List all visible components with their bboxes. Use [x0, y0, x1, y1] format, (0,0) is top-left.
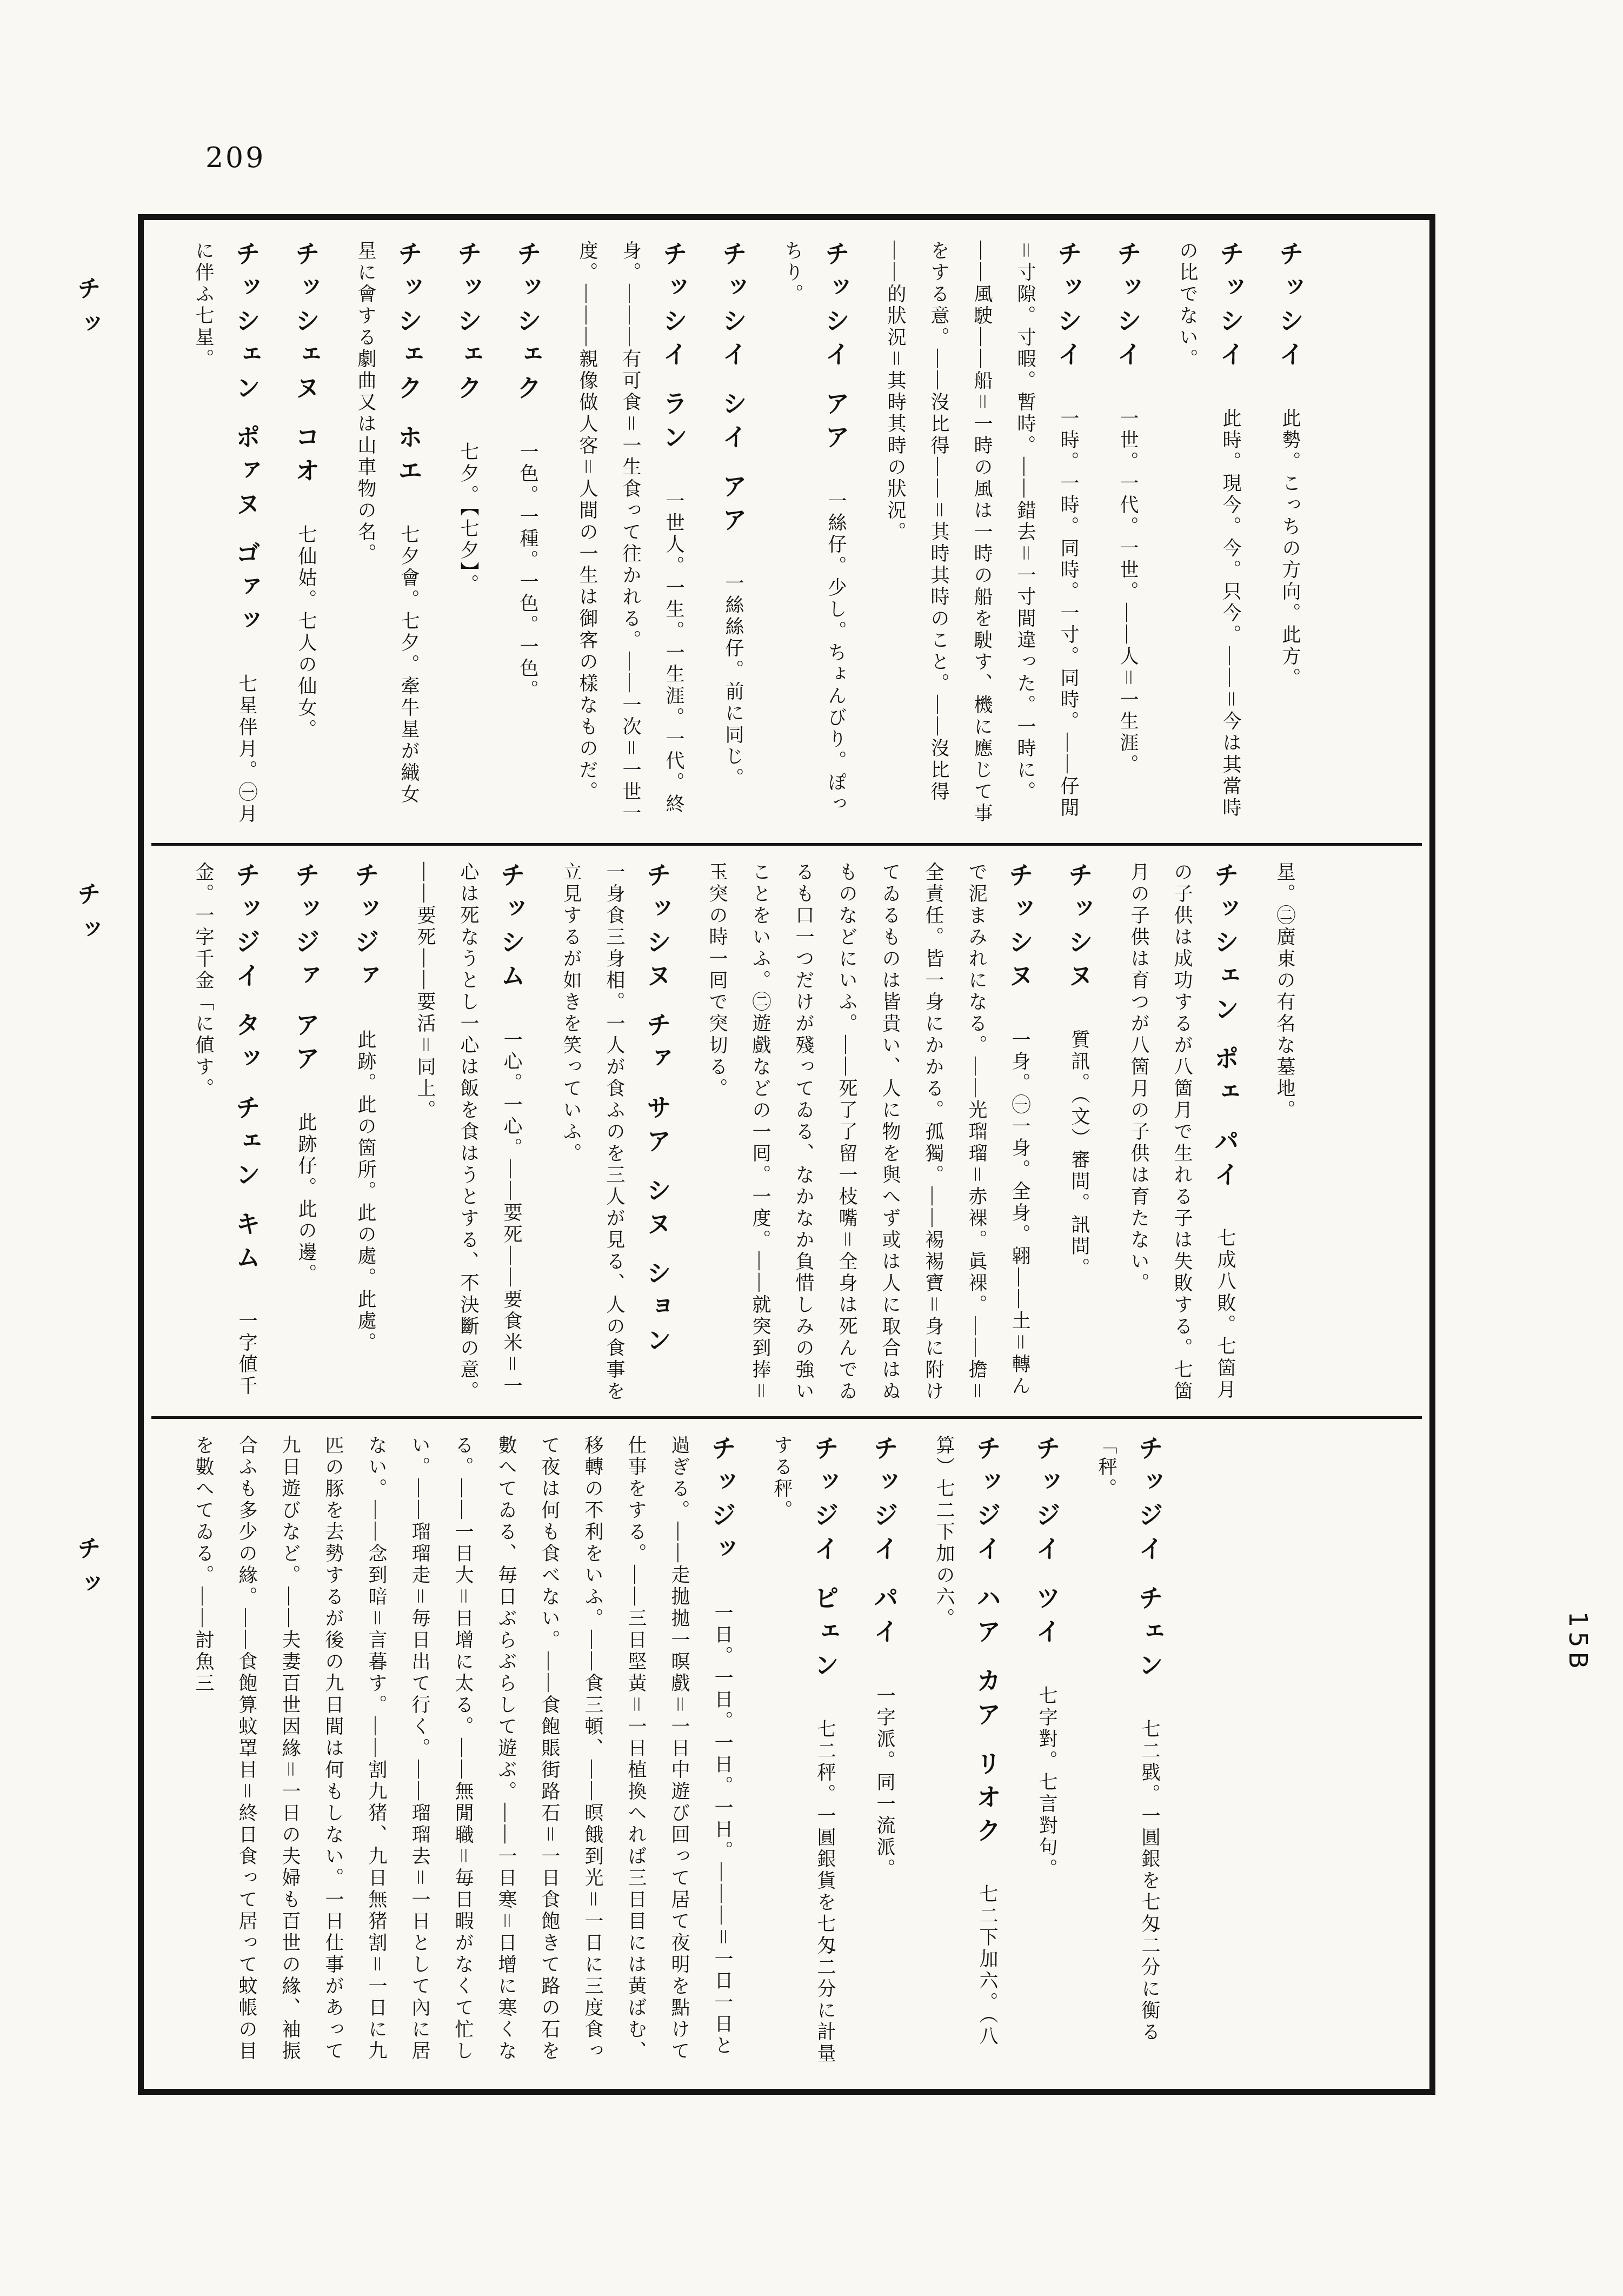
margin-syllable-label: チッ — [69, 881, 104, 953]
dictionary-entry: チッシム 一心。一心。——要死——要食米＝一心は死なうとし一心は飯を食はうとする… — [403, 862, 533, 1403]
vertical-text-area: 星。㊁廣東の有名な墓地。チッシェン ポェ パイ 七成八敗。七箇月の子供は成功する… — [151, 846, 1320, 1417]
dictionary-entry: チッシイ ラン 一世人。一生。一生涯。一代。終身。———有可食＝一生食って往かれ… — [566, 241, 695, 827]
dictionary-entry: チッシェヌ コオ 七仙姑。七人の仙女。 — [284, 241, 328, 827]
entry-headword: チッシイ アア — [814, 241, 850, 491]
entry-headword: チッシヌ — [998, 862, 1034, 1030]
dictionary-band-top: チッシイ 此勢。こっちの方向。此方。チッシイ 此時。現今。今。只今。——＝今は其… — [151, 224, 1422, 841]
dictionary-entry: チッジイ チェン 七二戥。一圓銀を七匁二分に衡る「秤。 — [1085, 1435, 1171, 2073]
dictionary-entry: チッジァ 此跡。此の箇所。此の處。此處。 — [344, 862, 387, 1403]
dictionary-entry: チッシェク 七夕。【七夕】。 — [447, 241, 490, 827]
entry-headword: チッシイ — [1106, 241, 1142, 408]
dictionary-entry: チッジイ ハア カア リオク 七二下加六。（八算）七二下加の六。 — [922, 1435, 1009, 2073]
entry-headword: チッシイ — [1268, 241, 1304, 408]
vertical-text-area: チッジイ チェン 七二戥。一圓銀を七匁二分に衡る「秤。チッジイ ツイ 七字對。七… — [151, 1419, 1185, 2087]
entry-definition: 七夕。【七夕】。 — [458, 442, 479, 596]
vertical-text-area: チッシイ 此勢。こっちの方向。此方。チッシイ 此時。現今。今。只今。——＝今は其… — [151, 224, 1326, 841]
dictionary-entry: チッシェク ホエ 七夕會。七夕。牽牛星が織女星に會する劇曲又は山車物の名。 — [344, 241, 430, 827]
dictionary-entry: チッシヌ 質訊。（文）審問。訊問。 — [1057, 862, 1101, 1403]
dictionary-entry: チッシイ アア 一絲仔。少し。ちょんびり。ぽっちり。 — [771, 241, 857, 827]
entry-definition: 此勢。こっちの方向。此方。 — [1280, 408, 1301, 689]
entry-definition: 星。㊁廣東の有名な墓地。 — [1274, 862, 1295, 1122]
dictionary-band-middle: 星。㊁廣東の有名な墓地。チッシェン ポェ パイ 七成八敗。七箇月の子供は成功する… — [151, 843, 1422, 1417]
entry-headword: チッシイ — [1209, 241, 1245, 408]
entry-definition: 一身。㊀一身。全身。翶——土＝轉んで泥まみれになる。——光瑠瑠＝赤裸。眞裸。——… — [707, 862, 1030, 1403]
margin-syllable-label: チッ — [69, 1536, 104, 1607]
entry-definition: 一字派。同一流派。 — [874, 1685, 895, 1880]
entry-headword: チッジイ ツイ — [1025, 1435, 1061, 1685]
entry-headword: チッジァ — [344, 862, 380, 1030]
entry-headword: チッシム — [490, 862, 526, 1030]
entry-headword: チッジイ ピェン — [803, 1435, 839, 1719]
entry-headword: チッジイ タッ チェン キム — [225, 862, 261, 1311]
entry-headword: チッジァ アア — [284, 862, 320, 1112]
entry-headword: チッシェン ポェ パイ — [1203, 862, 1239, 1229]
entry-headword: チッシヌ — [1057, 862, 1093, 1030]
entry-headword: チッシイ シイ アア — [711, 241, 747, 574]
entry-definition: 此跡仔。此の邊。 — [296, 1112, 317, 1285]
page-number: 209 — [205, 142, 265, 174]
dictionary-entry: チッシェン ポェ パイ 七成八敗。七箇月の子供は成功するが八箇月で生れる子は失敗… — [1117, 862, 1247, 1403]
entry-headword: チッシェン ポァヌ ゴァッ — [225, 241, 261, 674]
entry-headword: チッジイ パイ — [863, 1435, 899, 1685]
entry-headword: チッシェヌ コオ — [284, 241, 320, 525]
entry-definition: 一絲絲仔。前に同じ。 — [723, 574, 744, 790]
dictionary-entry: 星。㊁廣東の有名な墓地。 — [1263, 862, 1306, 1403]
entry-headword: チッジッ — [701, 1435, 736, 1603]
entry-headword: チッシイ ラン — [652, 241, 688, 491]
dictionary-band-bottom: チッジイ チェン 七二戥。一圓銀を七匁二分に衡る「秤。チッジイ ツイ 七字對。七… — [151, 1416, 1422, 2087]
entry-definition: 此跡。此の箇所。此の處。此處。 — [355, 1030, 376, 1354]
dictionary-entry: チッシイ 此時。現今。今。只今。——＝今は其當時の比でない。 — [1166, 241, 1252, 827]
dictionary-entry: チッジァ アア 此跡仔。此の邊。 — [284, 862, 328, 1403]
entry-definition: 一世。一代。一世。——人＝一生涯。 — [1118, 408, 1139, 776]
dictionary-entry: チッジイ タッ チェン キム 一字値千金。一字千金「に値す。 — [182, 862, 268, 1403]
entry-headword: チッシェク ホエ — [387, 241, 423, 525]
entry-definition: 一色。一種。一色。一色。 — [517, 442, 538, 701]
dictionary-entry: チッジイ パイ 一字派。同一流派。 — [863, 1435, 906, 2073]
dictionary-entry: チッシイ 此勢。こっちの方向。此方。 — [1268, 241, 1312, 827]
dictionary-entry: チッシイ シイ アア 一絲絲仔。前に同じ。 — [711, 241, 755, 827]
dictionary-page: 209 チッ チッ チッ 15B チッシイ 此勢。こっちの方向。此方。チッシイ … — [0, 0, 1623, 2296]
entry-headword: チッジイ ハア カア リオク — [966, 1435, 1001, 1884]
entry-headword: チッジイ チェン — [1128, 1435, 1163, 1719]
entry-definition: 質訊。（文）審問。訊問。 — [1069, 1030, 1090, 1280]
edge-sheet-label: 15B — [1564, 1611, 1593, 1673]
entry-definition: 一身食三身相。一人が食ふのを三人が見る、人の食事を立見するが如きを笑っていふ。 — [561, 862, 625, 1403]
entry-headword: チッシェク — [506, 241, 542, 442]
entry-headword: チッシェク — [447, 241, 482, 442]
entry-headword: チッシヌ チァ サア シヌ ション — [636, 862, 671, 1393]
dictionary-entry: チッシイ 一世。一代。一世。——人＝一生涯。 — [1106, 241, 1149, 827]
dictionary-entry: チッジイ ツイ 七字對。七言對句。 — [1025, 1435, 1068, 2073]
dictionary-entry: チッシェク 一色。一種。一色。一色。 — [506, 241, 549, 827]
entry-definition: 一日。一日。一日。一日。———＝一日一日と過ぎる。——走拋拋一暝戲＝一日中遊び回… — [193, 1435, 733, 2062]
entry-definition: 七仙姑。七人の仙女。 — [296, 525, 317, 741]
dictionary-entry: チッジッ 一日。一日。一日。一日。———＝一日一日と過ぎる。——走拋拋一暝戲＝一… — [182, 1435, 744, 2073]
entry-definition: 七字對。七言對句。 — [1036, 1685, 1057, 1880]
margin-syllable-label: チッ — [69, 276, 104, 347]
entry-headword: チッシイ — [1047, 241, 1082, 408]
dictionary-entry: チッシヌ チァ サア シヌ ション 一身食三身相。一人が食ふのを三人が見る、人の… — [549, 862, 679, 1403]
dictionary-entry: チッジイ ピェン 七二秤。一圓銀貨を七匁二分に計量する秤。 — [760, 1435, 847, 2073]
dictionary-entry: チッシェン ポァヌ ゴァッ 七星伴月。㊀月に伴ふ七星。 — [182, 241, 268, 827]
dictionary-entry: チッシイ 一時。一時。同時。一寸。同時。——仔閒＝寸隙。寸暇。暫時。——錯去＝一… — [874, 241, 1090, 827]
text-frame: チッシイ 此勢。こっちの方向。此方。チッシイ 此時。現今。今。只今。——＝今は其… — [138, 214, 1435, 2095]
dictionary-entry: チッシヌ 一身。㊀一身。全身。翶——土＝轉んで泥まみれになる。——光瑠瑠＝赤裸。… — [695, 862, 1041, 1403]
